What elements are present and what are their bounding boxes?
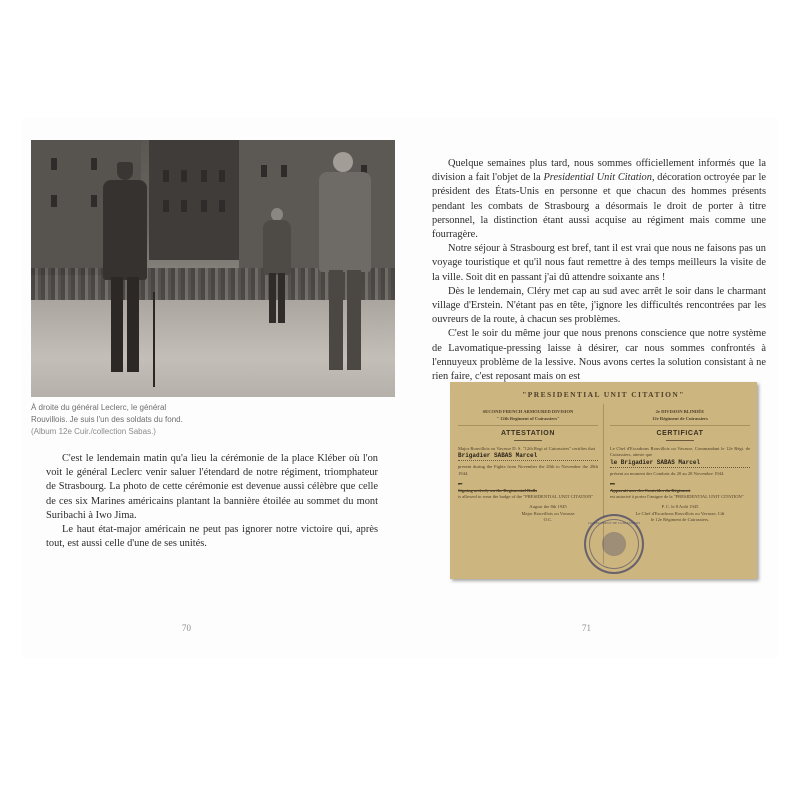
attestation-title: ATTESTATION: [458, 431, 598, 438]
typed-name: le Brigadier SABAS Marcel: [610, 460, 750, 468]
doc-text: Le Chef d'Escadrons Rouvillois ou Vavass…: [610, 446, 750, 459]
attestation-column: SECOND FRENCH ARMOURED DIVISION " 12th R…: [458, 402, 598, 524]
citation-document: "PRESIDENTIAL UNIT CITATION" SECOND FREN…: [450, 382, 757, 579]
left-page: À droite du général Leclerc, le général …: [22, 118, 400, 658]
right-page: Quelque semaines plus tard, nous sommes …: [400, 118, 778, 658]
doc-date: P. C. le 8 Août 1945: [610, 504, 750, 511]
doc-text: Major Rouvillois ou Vavasse D. S. "12th …: [458, 446, 598, 453]
certificat-title: CERTIFICAT: [610, 431, 750, 438]
paragraph: Quelque semaines plus tard, nous sommes …: [432, 157, 766, 242]
regimental-stamp-icon: 12e RÉGIMENT DE CUIRASSIERS: [584, 514, 644, 574]
italic-term: Presidential Unit Citation: [543, 172, 652, 183]
stamp-text: 12e RÉGIMENT DE CUIRASSIERS: [586, 521, 642, 525]
caption-credit: (Album 12e Cuir./collection Sabas.): [31, 426, 231, 438]
page-number: 70: [182, 623, 191, 633]
right-body-text: Quelque semaines plus tard, nous sommes …: [432, 157, 766, 384]
certificat-column: 2e DIVISION BLINDÉE 12e Régiment de Cuir…: [610, 402, 750, 524]
caption-line: À droite du général Leclerc, le général: [31, 402, 231, 414]
title-underline: [666, 440, 694, 441]
signatory: O.C.: [498, 517, 598, 524]
typed-name: Brigadier SABAS Marcel: [458, 453, 598, 461]
doc-text: présent au moment des Combats du 20 au 2…: [610, 471, 750, 478]
paragraph: C'est le lendemain matin qu'a lieu la cé…: [46, 452, 378, 523]
signatory: Le Chef d'Escadrons Rouvillois ou Vavass…: [610, 511, 750, 518]
doc-text: is allowed to wear the badge of the "PRE…: [458, 494, 598, 501]
unit-line: " 12th Regiment of Cuirassiers": [458, 416, 598, 423]
paragraph: Notre séjour à Strasbourg est bref, tant…: [432, 242, 766, 285]
struck-text: Apparait aux des Contrôles du Régiment: [610, 488, 750, 495]
left-body-text: C'est le lendemain matin qu'a lieu la cé…: [46, 452, 378, 551]
photo-caption: À droite du général Leclerc, le général …: [31, 402, 231, 438]
signatory: Major Rouvillois ou Vavasse: [498, 511, 598, 518]
citation-headline: "PRESIDENTIAL UNIT CITATION": [450, 390, 757, 399]
unit-line: SECOND FRENCH ARMOURED DIVISION: [458, 409, 598, 416]
paragraph: C'est le soir du même jour que nous pren…: [432, 327, 766, 384]
doc-date: August the 8th 1945: [498, 504, 598, 511]
doc-or: or: [458, 481, 598, 488]
struck-text: Signing actively on the Regimental Rolls: [458, 488, 598, 495]
doc-text: est autorisé à porter l'insigne de la "P…: [610, 494, 750, 501]
doc-text: present during the Fights from November …: [458, 464, 598, 477]
paragraph: Dès le lendemain, Cléry met cap au sud a…: [432, 285, 766, 328]
caption-line: Rouvillois. Je suis l'un des soldats du …: [31, 414, 231, 426]
unit-line: 2e DIVISION BLINDÉE: [610, 409, 750, 416]
unit-line: 12e Régiment de Cuirassiers: [610, 416, 750, 423]
book-spread: À droite du général Leclerc, le général …: [22, 118, 778, 658]
rule: [458, 425, 598, 426]
doc-or: ou: [610, 481, 750, 488]
ceremony-photo: [31, 140, 395, 397]
title-underline: [514, 440, 542, 441]
rule: [610, 425, 750, 426]
page-number: 71: [582, 623, 591, 633]
paragraph: Le haut état-major américain ne peut pas…: [46, 523, 378, 551]
